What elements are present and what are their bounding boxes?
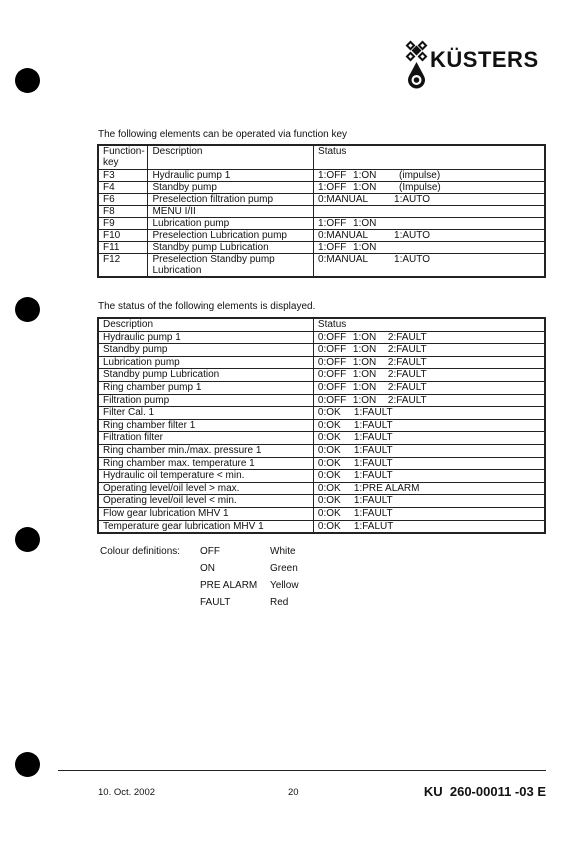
colour-definitions-label: Colour definitions: bbox=[100, 546, 180, 557]
status-value: 2:FAULT bbox=[388, 369, 427, 380]
status-value: 2:FAULT bbox=[388, 395, 427, 406]
section2-intro: The status of the following elements is … bbox=[98, 301, 315, 312]
status-value: 1:OFF bbox=[318, 170, 353, 181]
table-row: F10Preselection Lubrication pump0:MANUAL… bbox=[98, 230, 545, 242]
status-value: 0:OK bbox=[318, 458, 354, 469]
status-value: 1:PRE ALARM bbox=[354, 483, 420, 494]
status-value: 1:FAULT bbox=[354, 432, 393, 443]
status-value: 1:FAULT bbox=[354, 508, 393, 519]
table-row: Ring chamber filter 10:OK1:FAULT bbox=[98, 419, 545, 432]
status-value: 1:ON bbox=[353, 218, 399, 229]
status-cell: 1:OFF1:ON(Impulse) bbox=[314, 182, 545, 194]
status-value: 0:OK bbox=[318, 407, 354, 418]
column-header-status: Status bbox=[314, 145, 545, 170]
status-value: 1:ON bbox=[353, 344, 388, 355]
status-cell: 0:OK1:FAULT bbox=[313, 495, 545, 508]
footer-date: 10. Oct. 2002 bbox=[98, 787, 155, 798]
description-cell: Ring chamber filter 1 bbox=[98, 419, 313, 432]
state-colour: White bbox=[270, 546, 296, 557]
status-value: 1:FAULT bbox=[354, 407, 393, 418]
state-colour: Yellow bbox=[270, 580, 299, 591]
status-cell: 0:OFF1:ON2:FAULT bbox=[313, 356, 545, 369]
column-header-description: Description bbox=[148, 145, 314, 170]
description-cell: Ring chamber pump 1 bbox=[98, 381, 313, 394]
description-cell: Standby pump Lubrication bbox=[98, 369, 313, 382]
status-value: 1:ON bbox=[353, 182, 399, 193]
state-name: FAULT bbox=[200, 597, 230, 608]
status-display-table: Description Status Hydraulic pump 10:OFF… bbox=[97, 317, 546, 534]
status-value: 0:OK bbox=[318, 445, 354, 456]
state-name: OFF bbox=[200, 546, 220, 557]
description-cell: Standby pump Lubrication bbox=[148, 242, 314, 254]
table-row: F11Standby pump Lubrication1:OFF1:ON bbox=[98, 242, 545, 254]
description-cell: Hydraulic pump 1 bbox=[148, 170, 314, 182]
status-value: 0:MANUAL bbox=[318, 254, 394, 265]
description-cell: Preselection filtration pump bbox=[148, 194, 314, 206]
table-row: F6Preselection filtration pump0:MANUAL1:… bbox=[98, 194, 545, 206]
status-cell: 0:OFF1:ON2:FAULT bbox=[313, 381, 545, 394]
binder-hole-icon bbox=[15, 527, 40, 552]
status-cell: 1:OFF1:ON(impulse) bbox=[314, 170, 545, 182]
status-value: 1:FAULT bbox=[354, 445, 393, 456]
function-key-cell: F3 bbox=[98, 170, 148, 182]
description-cell: Ring chamber min./max. pressure 1 bbox=[98, 444, 313, 457]
status-value: 1:ON bbox=[353, 369, 388, 380]
state-name: ON bbox=[200, 563, 215, 574]
table-row: Ring chamber pump 10:OFF1:ON2:FAULT bbox=[98, 381, 545, 394]
logo-wordmark: KÜSTERS bbox=[430, 47, 539, 73]
status-value: 1:ON bbox=[353, 395, 388, 406]
status-value: 1:ON bbox=[353, 382, 388, 393]
status-cell: 0:OFF1:ON2:FAULT bbox=[313, 369, 545, 382]
table-row: Operating level/oil level < min.0:OK1:FA… bbox=[98, 495, 545, 508]
description-cell: Lubrication pump bbox=[148, 218, 314, 230]
function-key-cell: F11 bbox=[98, 242, 148, 254]
table-row: Ring chamber max. temperature 10:OK1:FAU… bbox=[98, 457, 545, 470]
column-header-status: Status bbox=[313, 318, 545, 331]
status-cell: 0:OK1:PRE ALARM bbox=[313, 482, 545, 495]
status-cell: 0:OK1:FAULT bbox=[313, 407, 545, 420]
description-cell: Filtration filter bbox=[98, 432, 313, 445]
status-cell: 0:MANUAL1:AUTO bbox=[314, 254, 545, 278]
status-cell: 0:OK1:FAULT bbox=[313, 432, 545, 445]
status-value: 1:OFF bbox=[318, 218, 353, 229]
footer-divider bbox=[58, 770, 546, 771]
status-value: 2:FAULT bbox=[388, 382, 427, 393]
table-row: Temperature gear lubrication MHV 10:OK1:… bbox=[98, 520, 545, 533]
section1-intro: The following elements can be operated v… bbox=[98, 129, 347, 140]
document-number: KU 260-00011 -03 E bbox=[424, 784, 546, 799]
table-header-row: Description Status bbox=[98, 318, 545, 331]
binder-hole-icon bbox=[15, 68, 40, 93]
status-cell: 0:MANUAL1:AUTO bbox=[314, 194, 545, 206]
page-number: 20 bbox=[288, 787, 299, 798]
description-cell: Operating level/oil level > max. bbox=[98, 482, 313, 495]
binder-hole-icon bbox=[15, 297, 40, 322]
status-cell bbox=[314, 206, 545, 218]
description-cell: Preselection Standby pump Lubrication bbox=[148, 254, 314, 278]
description-cell: MENU I/II bbox=[148, 206, 314, 218]
status-value: 1:OFF bbox=[318, 242, 353, 253]
description-cell: Hydraulic oil temperature < min. bbox=[98, 470, 313, 483]
status-value: 1:AUTO bbox=[394, 230, 430, 241]
table-row: F4Standby pump1:OFF1:ON(Impulse) bbox=[98, 182, 545, 194]
state-colour: Green bbox=[270, 563, 298, 574]
table-header-row: Function-key Description Status bbox=[98, 145, 545, 170]
description-cell: Flow gear lubrication MHV 1 bbox=[98, 507, 313, 520]
table-row: Filtration filter0:OK1:FAULT bbox=[98, 432, 545, 445]
status-value: 0:OK bbox=[318, 508, 354, 519]
status-value: 1:ON bbox=[353, 242, 399, 253]
status-value: 0:OFF bbox=[318, 395, 353, 406]
table-row: Flow gear lubrication MHV 10:OK1:FAULT bbox=[98, 507, 545, 520]
status-cell: 0:OK1:FALUT bbox=[313, 520, 545, 533]
description-cell: Temperature gear lubrication MHV 1 bbox=[98, 520, 313, 533]
table-row: Ring chamber min./max. pressure 10:OK1:F… bbox=[98, 444, 545, 457]
status-value: 0:MANUAL bbox=[318, 194, 394, 205]
status-value: 0:OK bbox=[318, 432, 354, 443]
function-key-cell: F9 bbox=[98, 218, 148, 230]
description-cell: Lubrication pump bbox=[98, 356, 313, 369]
status-value: 2:FAULT bbox=[388, 357, 427, 368]
status-value: 1:AUTO bbox=[394, 194, 430, 205]
table-row: F9Lubrication pump1:OFF1:ON bbox=[98, 218, 545, 230]
status-value: (Impulse) bbox=[399, 182, 441, 193]
function-key-cell: F8 bbox=[98, 206, 148, 218]
description-cell: Standby pump bbox=[148, 182, 314, 194]
binder-hole-icon bbox=[15, 752, 40, 777]
status-cell: 0:OFF1:ON2:FAULT bbox=[313, 344, 545, 357]
description-cell: Hydraulic pump 1 bbox=[98, 331, 313, 344]
status-cell: 0:OK1:FAULT bbox=[313, 507, 545, 520]
status-value: 0:OFF bbox=[318, 332, 353, 343]
status-cell: 0:OK1:FAULT bbox=[313, 419, 545, 432]
status-cell: 0:OFF1:ON2:FAULT bbox=[313, 394, 545, 407]
table-row: Standby pump Lubrication0:OFF1:ON2:FAULT bbox=[98, 369, 545, 382]
status-value: 0:OFF bbox=[318, 357, 353, 368]
state-colour: Red bbox=[270, 597, 288, 608]
description-cell: Operating level/oil level < min. bbox=[98, 495, 313, 508]
table-row: F3Hydraulic pump 11:OFF1:ON(impulse) bbox=[98, 170, 545, 182]
status-value: 0:OFF bbox=[318, 369, 353, 380]
status-value: (impulse) bbox=[399, 170, 440, 181]
table-row: Filtration pump0:OFF1:ON2:FAULT bbox=[98, 394, 545, 407]
description-cell: Ring chamber max. temperature 1 bbox=[98, 457, 313, 470]
status-value: 0:OK bbox=[318, 483, 354, 494]
status-value: 0:OFF bbox=[318, 344, 353, 355]
status-value: 1:ON bbox=[353, 357, 388, 368]
function-key-cell: F6 bbox=[98, 194, 148, 206]
status-value: 1:OFF bbox=[318, 182, 353, 193]
column-header-function-key: Function-key bbox=[98, 145, 148, 170]
function-key-cell: F10 bbox=[98, 230, 148, 242]
status-value: 0:OK bbox=[318, 470, 354, 481]
status-value: 1:ON bbox=[353, 170, 399, 181]
table-row: Filter Cal. 10:OK1:FAULT bbox=[98, 407, 545, 420]
status-cell: 0:MANUAL1:AUTO bbox=[314, 230, 545, 242]
table-row: Hydraulic pump 10:OFF1:ON2:FAULT bbox=[98, 331, 545, 344]
function-key-cell: F12 bbox=[98, 254, 148, 278]
status-value: 1:FAULT bbox=[354, 470, 393, 481]
status-cell: 0:OK1:FAULT bbox=[313, 470, 545, 483]
description-cell: Filtration pump bbox=[98, 394, 313, 407]
status-value: 0:OFF bbox=[318, 382, 353, 393]
status-value: 1:FAULT bbox=[354, 458, 393, 469]
state-name: PRE ALARM bbox=[200, 580, 257, 591]
description-cell: Filter Cal. 1 bbox=[98, 407, 313, 420]
status-value: 2:FAULT bbox=[388, 344, 427, 355]
description-cell: Preselection Lubrication pump bbox=[148, 230, 314, 242]
status-cell: 0:OFF1:ON2:FAULT bbox=[313, 331, 545, 344]
status-value: 1:FALUT bbox=[354, 521, 393, 532]
column-header-description: Description bbox=[98, 318, 313, 331]
table-row: Operating level/oil level > max.0:OK1:PR… bbox=[98, 482, 545, 495]
status-value: 0:MANUAL bbox=[318, 230, 394, 241]
description-cell: Standby pump bbox=[98, 344, 313, 357]
table-row: Standby pump0:OFF1:ON2:FAULT bbox=[98, 344, 545, 357]
status-value: 2:FAULT bbox=[388, 332, 427, 343]
status-value: 0:OK bbox=[318, 420, 354, 431]
status-cell: 1:OFF1:ON bbox=[314, 242, 545, 254]
function-key-table: Function-key Description Status F3Hydrau… bbox=[97, 144, 546, 278]
status-cell: 0:OK1:FAULT bbox=[313, 457, 545, 470]
table-row: F8MENU I/II bbox=[98, 206, 545, 218]
function-key-cell: F4 bbox=[98, 182, 148, 194]
status-value: 1:AUTO bbox=[394, 254, 430, 265]
status-value: 0:OK bbox=[318, 495, 354, 506]
table-row: Lubrication pump0:OFF1:ON2:FAULT bbox=[98, 356, 545, 369]
status-value: 1:FAULT bbox=[354, 495, 393, 506]
table-row: F12Preselection Standby pump Lubrication… bbox=[98, 254, 545, 278]
status-value: 1:ON bbox=[353, 332, 388, 343]
status-cell: 0:OK1:FAULT bbox=[313, 444, 545, 457]
status-value: 1:FAULT bbox=[354, 420, 393, 431]
status-cell: 1:OFF1:ON bbox=[314, 218, 545, 230]
table-row: Hydraulic oil temperature < min.0:OK1:FA… bbox=[98, 470, 545, 483]
status-value: 0:OK bbox=[318, 521, 354, 532]
kuesters-knot-logo-icon bbox=[404, 40, 430, 96]
